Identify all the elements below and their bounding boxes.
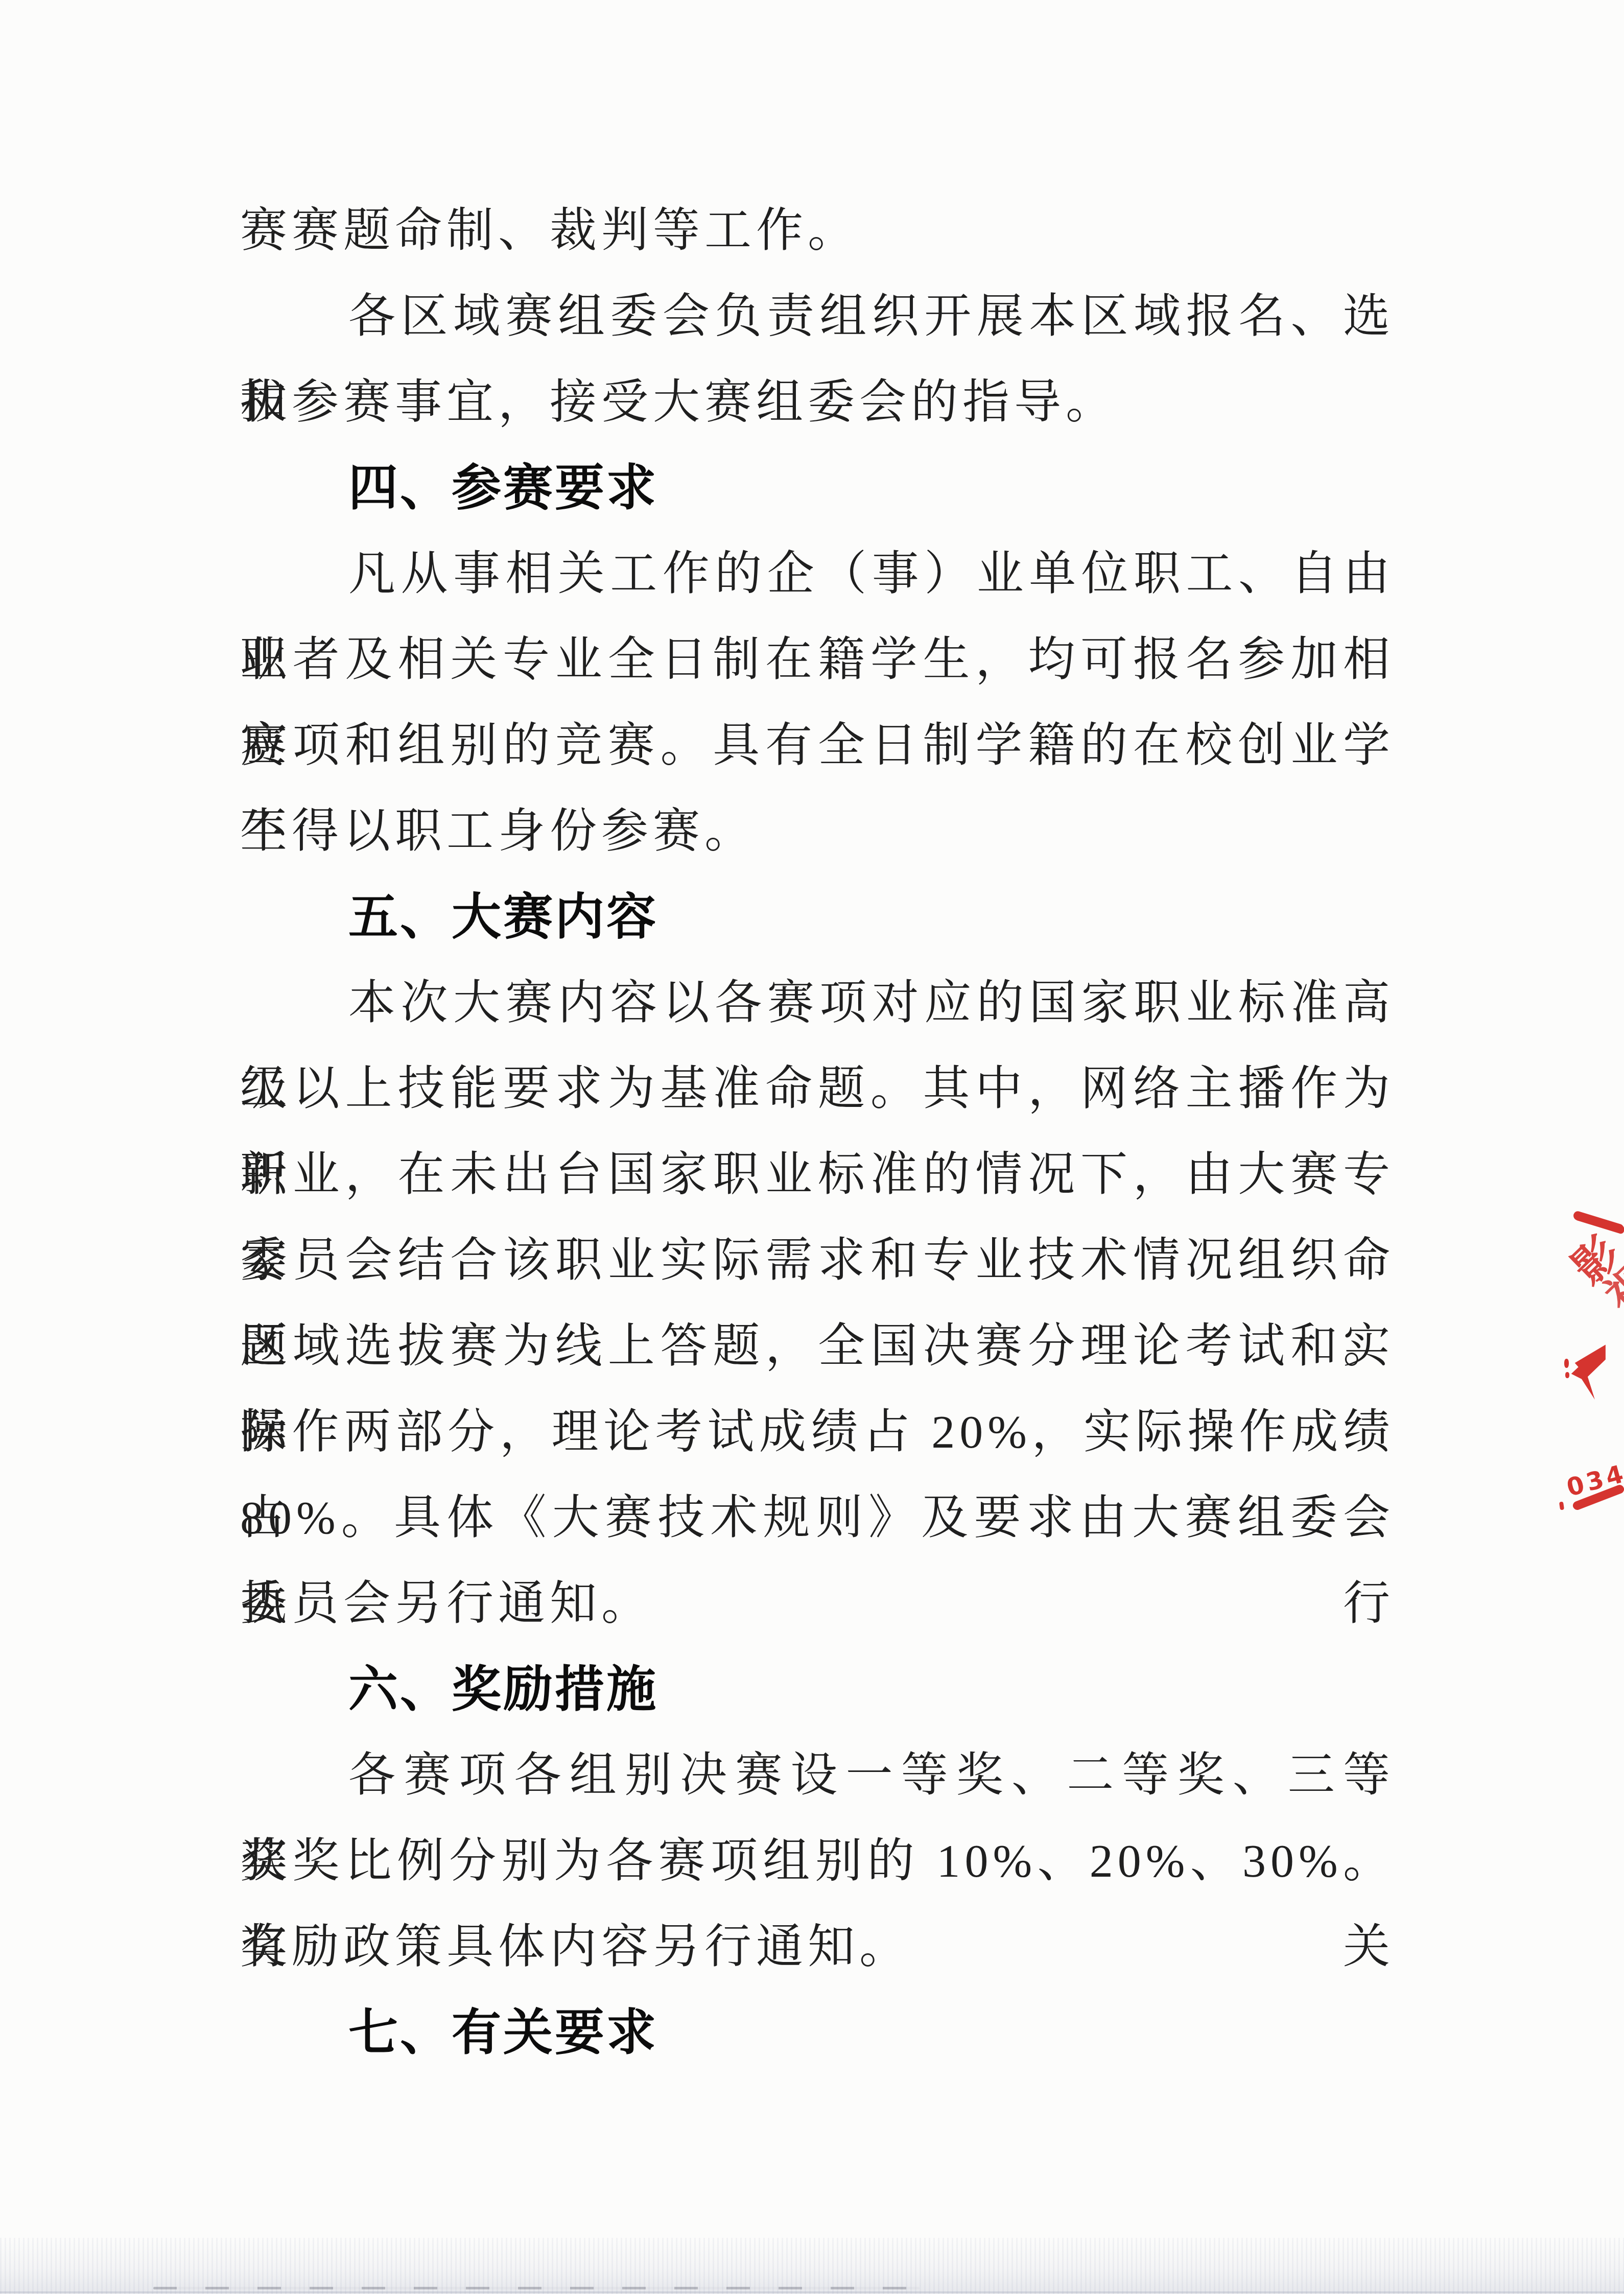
stamp-ink-tick bbox=[1559, 1502, 1564, 1510]
body-text-line: 凡从事相关工作的企（事）业单位职工、自由职 bbox=[240, 531, 1395, 617]
scan-artifact-line bbox=[153, 2287, 920, 2289]
section-heading: 七、有关要求 bbox=[240, 1990, 1395, 2075]
body-text-line: 职业，在未出台国家职业标准的情况下，由大赛专家 bbox=[240, 1131, 1395, 1217]
body-text-line: 操作两部分，理论考试成绩占 20%，实际操作成绩占 bbox=[240, 1389, 1395, 1475]
section-heading: 五、大赛内容 bbox=[240, 874, 1395, 960]
section-heading: 四、参赛要求 bbox=[240, 445, 1395, 531]
body-text-line: 各赛项各组别决赛设一等奖、二等奖、三等奖。 bbox=[240, 1732, 1395, 1818]
body-text-line: 获奖比例分别为各赛项组别的 10%、20%、30%。有关 bbox=[240, 1818, 1395, 1904]
body-text-line: 区域选拔赛为线上答题，全国决赛分理论考试和实际 bbox=[240, 1303, 1395, 1389]
scan-edge-shadow bbox=[0, 2291, 1624, 2293]
body-text-line: 各区域赛组委会负责组织开展本区域报名、选拔 bbox=[240, 273, 1395, 359]
body-text-line: 赛项和组别的竞赛。具有全日制学籍的在校创业学生 bbox=[240, 702, 1395, 788]
document-body: 赛赛题命制、裁判等工作。各区域赛组委会负责组织开展本区域报名、选拔和参赛事宜，接… bbox=[240, 187, 1395, 2075]
stamp-ink-dot bbox=[1564, 1359, 1569, 1368]
stamp-ink-dot bbox=[1565, 1372, 1569, 1378]
body-text-line: 赛赛题命制、裁判等工作。 bbox=[240, 187, 1395, 273]
body-text-line: 和参赛事宜，接受大赛组委会的指导。 bbox=[240, 359, 1395, 445]
body-text-line: 工以上技能要求为基准命题。其中，网络主播作为新 bbox=[240, 1046, 1395, 1131]
body-text-line: 本次大赛内容以各赛项对应的国家职业标准高级 bbox=[240, 960, 1395, 1046]
scan-noise-band bbox=[0, 2238, 1624, 2294]
body-text-line: 不得以职工身份参赛。 bbox=[240, 788, 1395, 874]
section-heading: 六、奖励措施 bbox=[240, 1646, 1395, 1732]
scanned-document-page: 赛赛题命制、裁判等工作。各区域赛组委会负责组织开展本区域报名、选拔和参赛事宜，接… bbox=[0, 0, 1624, 2294]
stamp-star-icon bbox=[1571, 1342, 1607, 1400]
body-text-line: 委员会结合该职业实际需求和专业技术情况组织命题。 bbox=[240, 1217, 1395, 1303]
body-text-line: 业者及相关专业全日制在籍学生，均可报名参加相应 bbox=[240, 617, 1395, 702]
body-text-line: 80%。具体《大赛技术规则》及要求由大赛组委会执行 bbox=[240, 1475, 1395, 1560]
red-seal-stamp: 影 视 0341 bbox=[1553, 1190, 1624, 1527]
